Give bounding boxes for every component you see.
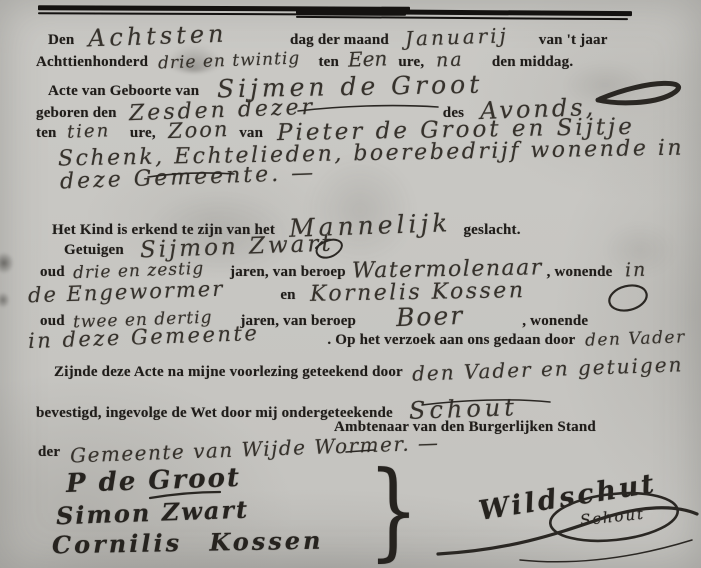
printed-text: geslacht. xyxy=(463,222,520,239)
meridiem-handwritten: na xyxy=(436,49,464,72)
line-request: in deze Gemeente . Op het verzoek aan on… xyxy=(28,325,686,349)
printed-text: ten xyxy=(36,125,57,142)
witness1-residence-handwritten-1: in xyxy=(624,259,647,282)
signature-cornilis-kossen: Cornilis Kossen xyxy=(52,526,324,560)
printed-text: Zijnde deze Acte na mijne voorlezing get… xyxy=(54,364,403,381)
loop-after-wonende xyxy=(607,282,650,314)
printed-text: Achttienhonderd xyxy=(36,54,148,71)
edge-mark xyxy=(0,252,14,274)
birth-hour-handwritten: tien xyxy=(66,120,110,142)
edge-mark xyxy=(0,292,10,308)
line-date-1: Den Achtsten dag der maand Januarij van … xyxy=(48,22,608,50)
printed-text: ten xyxy=(318,54,339,71)
scanned-birth-act-page: Den Achtsten dag der maand Januarij van … xyxy=(0,0,701,568)
wildschut-underline-flourish xyxy=(438,508,697,554)
signers-handwritten: den Vader en getuigen xyxy=(412,352,684,385)
line-parents-2: Schenk, Echtelieden, boerebedrijf wonend… xyxy=(58,141,684,166)
printed-text: den middag. xyxy=(492,54,573,71)
printed-text: . Op het verzoek aan ons gedaan door xyxy=(327,332,575,349)
line-parents-residence: deze Gemeente. — xyxy=(60,165,316,190)
signature-p-de-groot: P de Groot xyxy=(66,463,242,499)
line-witness-1-details: oud drie en zestig jaren, van beroep Wat… xyxy=(40,257,647,282)
printed-text: ure, xyxy=(130,125,156,142)
printed-text: oud xyxy=(40,264,65,281)
signature-simon-zwart: Simon Zwart xyxy=(56,495,250,531)
witness2-residence-handwritten: in deze Gemeente xyxy=(28,321,260,353)
swash-flourish-top-right xyxy=(598,83,679,102)
parents-residence-handwritten: deze Gemeente. — xyxy=(60,161,317,195)
top-rule-thin-right xyxy=(296,16,628,20)
hour-handwritten: Een xyxy=(348,46,388,71)
printed-text: der xyxy=(38,444,60,461)
signature-brace: } xyxy=(368,448,419,568)
printed-text: jaren, van beroep xyxy=(230,264,346,281)
line-date-2: Achttienhonderd drie en twintig ten Een … xyxy=(36,47,573,71)
line-read-aloud: Zijnde deze Acte na mijne voorlezing get… xyxy=(54,357,683,381)
child-relation-handwritten: Zoon xyxy=(167,117,229,143)
printed-text: ure, xyxy=(398,54,424,71)
year-handwritten: drie en twintig xyxy=(158,49,301,74)
printed-text: van xyxy=(239,125,263,142)
requester-handwritten: den Vader xyxy=(585,327,686,351)
printed-text: , wonende xyxy=(547,264,613,281)
wildschut-tail-flourish xyxy=(520,540,692,562)
